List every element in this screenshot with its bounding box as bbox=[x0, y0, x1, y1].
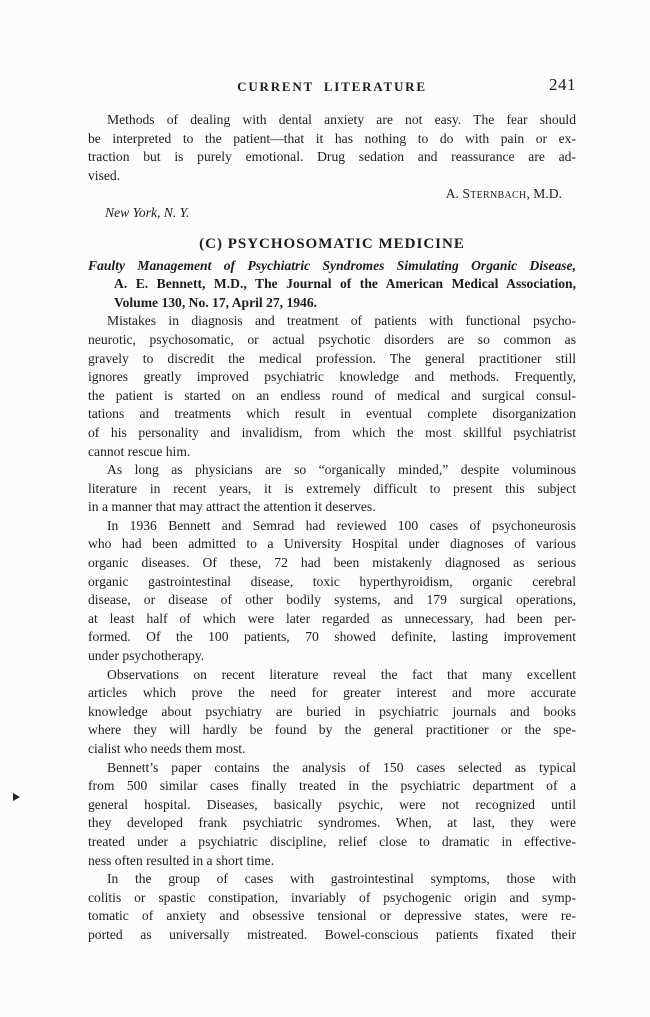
text-line: general hospital. Diseases, basically ps… bbox=[88, 796, 576, 815]
article-citation: Faulty Management of Psychiatric Syndrom… bbox=[88, 257, 576, 313]
text-line: from 500 similar cases finally treated i… bbox=[88, 777, 576, 796]
text-line: articles which prove the need for greate… bbox=[88, 684, 576, 703]
paragraph-gastrointestinal-group: In the group of cases with gastrointesti… bbox=[88, 870, 576, 944]
paragraph-dental-anxiety: Methods of dealing with dental anxiety a… bbox=[88, 111, 576, 185]
page-header: CURRENT LITERATURE 241 bbox=[88, 78, 576, 96]
author-signature: A. Sternbach, M.D. bbox=[88, 185, 576, 204]
running-title: CURRENT LITERATURE bbox=[237, 79, 427, 94]
text-line: Mistakes in diagnosis and treatment of p… bbox=[88, 312, 576, 331]
text-line: the patient is started on an endless rou… bbox=[88, 387, 576, 406]
text-line: ported as universally mistreated. Bowel-… bbox=[88, 926, 576, 945]
text-line: tations and treatments which result in e… bbox=[88, 405, 576, 424]
text-line: tomatic of anxiety and obsessive tension… bbox=[88, 907, 576, 926]
text-line: traction but is purely emotional. Drug s… bbox=[88, 148, 576, 167]
text-line: Bennett’s paper contains the analysis of… bbox=[88, 759, 576, 778]
text-line: cialist who needs them most. bbox=[88, 740, 576, 759]
text-line: vised. bbox=[88, 167, 576, 186]
text-line: A. E. Bennett, M.D., The Journal of the … bbox=[88, 275, 576, 294]
text-line: under psychotherapy. bbox=[88, 647, 576, 666]
paragraph-observations-literature: Observations on recent literature reveal… bbox=[88, 666, 576, 759]
text-line: cannot rescue him. bbox=[88, 443, 576, 462]
text-line: neurotic, psychosomatic, or actual psych… bbox=[88, 331, 576, 350]
text-line: gravely to discredit the medical profess… bbox=[88, 350, 576, 369]
author-signature-name: Sternbach bbox=[462, 186, 526, 201]
text-line: treated under a psychiatric discipline, … bbox=[88, 833, 576, 852]
text-line: Observations on recent literature reveal… bbox=[88, 666, 576, 685]
text-line: colitis or spastic constipation, invaria… bbox=[88, 889, 576, 908]
text-line: ness often resulted in a short time. bbox=[88, 852, 576, 871]
author-location: New York, N. Y. bbox=[88, 204, 576, 223]
text-line: of his personality and invalidism, from … bbox=[88, 424, 576, 443]
scan-artifact-speck bbox=[13, 793, 20, 801]
paragraph-1936-review: In 1936 Bennett and Semrad had reviewed … bbox=[88, 517, 576, 666]
text-line: who had been admitted to a University Ho… bbox=[88, 535, 576, 554]
paragraph-organically-minded: As long as physicians are so “organicall… bbox=[88, 461, 576, 517]
text-line: In the group of cases with gastrointesti… bbox=[88, 870, 576, 889]
text-line: they developed frank psychiatric syndrom… bbox=[88, 814, 576, 833]
text-line: knowledge about psychiatry are buried in… bbox=[88, 703, 576, 722]
text-line: Methods of dealing with dental anxiety a… bbox=[88, 111, 576, 130]
text-line: Volume 130, No. 17, April 27, 1946. bbox=[88, 294, 576, 313]
text-line: formed. Of the 100 patients, 70 showed d… bbox=[88, 628, 576, 647]
text-line: In 1936 Bennett and Semrad had reviewed … bbox=[88, 517, 576, 536]
page-number: 241 bbox=[549, 76, 576, 94]
paragraph-mistakes-in-diagnosis: Mistakes in diagnosis and treatment of p… bbox=[88, 312, 576, 461]
text-line: ignores greatly improved psychiatric kno… bbox=[88, 368, 576, 387]
paragraph-bennetts-analysis: Bennett’s paper contains the analysis of… bbox=[88, 759, 576, 871]
journal-page: CURRENT LITERATURE 241 Methods of dealin… bbox=[0, 0, 650, 1017]
text-line: disease, or disease of other bodily syst… bbox=[88, 591, 576, 610]
text-line: be interpreted to the patient—that it ha… bbox=[88, 130, 576, 149]
text-line: As long as physicians are so “organicall… bbox=[88, 461, 576, 480]
section-heading: (C) PSYCHOSOMATIC MEDICINE bbox=[88, 234, 576, 255]
text-line: at least half of which were later regard… bbox=[88, 610, 576, 629]
text-line: where they will hardly be found by the g… bbox=[88, 721, 576, 740]
text-line: literature in recent years, it is extrem… bbox=[88, 480, 576, 499]
text-line: in a manner that may attract the attenti… bbox=[88, 498, 576, 517]
text-line: organic gastrointestinal disease, toxic … bbox=[88, 573, 576, 592]
author-signature-suffix: , M.D. bbox=[527, 186, 563, 201]
text-line: Faulty Management of Psychiatric Syndrom… bbox=[88, 257, 576, 276]
text-line: organic diseases. Of these, 72 had been … bbox=[88, 554, 576, 573]
author-signature-prefix: A. bbox=[446, 186, 463, 201]
